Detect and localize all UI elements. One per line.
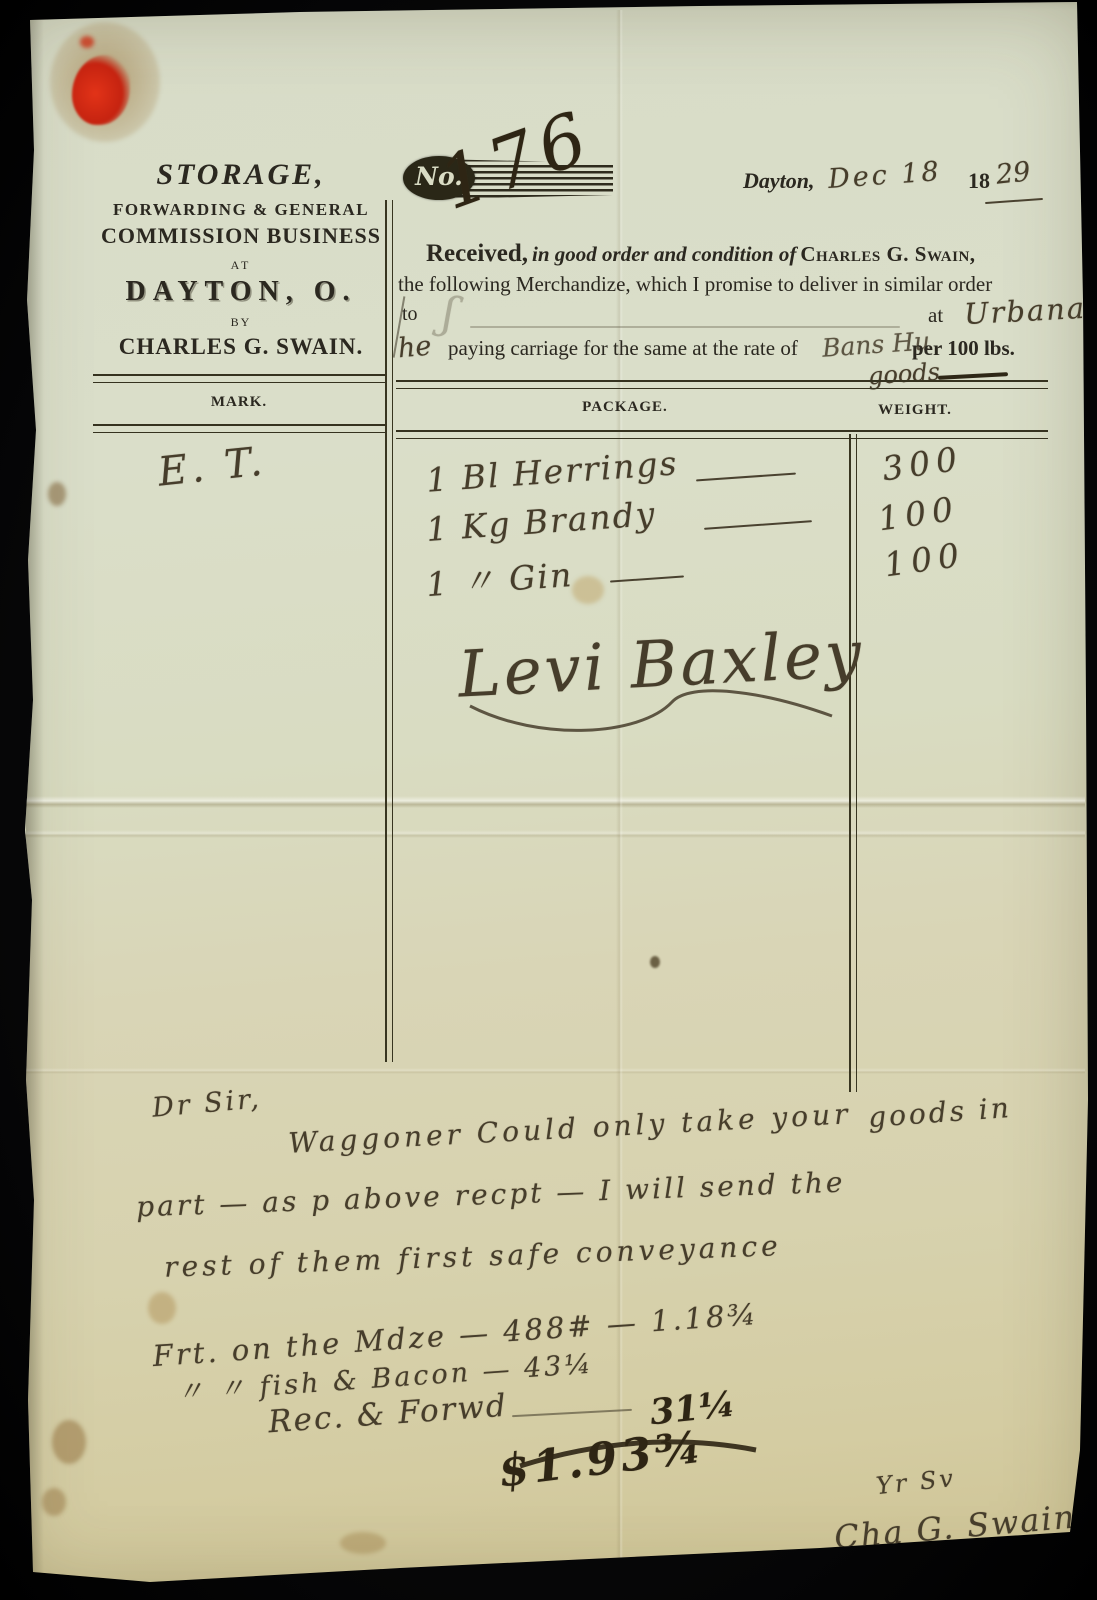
- received-word: Received,: [426, 240, 528, 267]
- dateline-underline: [985, 198, 1043, 204]
- letterhead-commission: COMMISSION BUSINESS: [95, 225, 387, 247]
- received-line1: in good order and condition of: [532, 242, 796, 266]
- foxing-spot-1: [572, 576, 604, 604]
- per-100lbs: per 100 lbs.: [912, 336, 1015, 361]
- received-line2: the following Merchandize, which I promi…: [398, 272, 1054, 297]
- note-total: $1.93¾: [496, 1422, 708, 1498]
- note-line3: rest of them first safe conveyance: [164, 1229, 783, 1284]
- note-closing: Yr Sv: [875, 1464, 957, 1500]
- wax-seal-dot: [80, 36, 94, 48]
- divider-package-weight: [849, 434, 857, 1092]
- note-line2: part — as p above recpt — I will send th…: [136, 1166, 846, 1224]
- dateline-place: Dayton,: [743, 168, 815, 194]
- letterhead-forwarding: FORWARDING & GENERAL: [95, 201, 387, 218]
- package-row-3: 1 〃 Gin: [425, 549, 575, 606]
- freight-line-3-dash: [512, 1409, 632, 1417]
- header-weight: WEIGHT.: [800, 402, 1030, 419]
- letterhead-storage: STORAGE,: [95, 160, 387, 190]
- left-edge-shadow: [26, 0, 44, 1600]
- corner-stain-1: [52, 1420, 86, 1464]
- weight-row-3: 100: [882, 535, 968, 585]
- mark-value: E. T.: [156, 438, 268, 495]
- header-mark: MARK.: [95, 394, 383, 411]
- edge-spot: [48, 482, 66, 506]
- package-row-1-dash: [696, 473, 796, 482]
- sender-signature: Cha G. Swain: [833, 1498, 1078, 1557]
- paper-sheet: STORAGE, FORWARDING & GENERAL COMMISSION…: [0, 0, 1097, 1600]
- fold-crease-lower: [25, 1068, 1085, 1074]
- at-label: at: [928, 303, 943, 328]
- rule-top-right: [396, 380, 1048, 389]
- package-row-2-dash: [704, 520, 812, 530]
- rule-bottom-left: [93, 424, 385, 433]
- destination-handwritten: Urbana: [963, 291, 1087, 331]
- consignor-name: Charles G. Swain,: [800, 242, 975, 266]
- corner-stain-2: [42, 1488, 66, 1516]
- dateline-day: Dec 18: [827, 156, 943, 195]
- photo-backdrop: STORAGE, FORWARDING & GENERAL COMMISSION…: [0, 0, 1097, 1600]
- receipt-paragraph: Received, in good order and condition of…: [398, 240, 1054, 297]
- bottom-stain: [340, 1532, 386, 1554]
- he-handwritten: he: [397, 331, 433, 365]
- header-package: PACKAGE.: [470, 399, 780, 416]
- note-line1: Waggoner Could only take your: [288, 1097, 853, 1159]
- note-salutation: Dr Sir,: [151, 1083, 263, 1123]
- weight-row-2: 100: [876, 489, 962, 539]
- rule-top-left: [93, 374, 385, 383]
- to-blank-line: [470, 326, 900, 328]
- note-line1-end: goods in: [867, 1091, 1013, 1134]
- letterhead-by: BY: [95, 316, 387, 328]
- letterhead-at: AT: [95, 259, 387, 271]
- carriage-line: paying carriage for the same at the rate…: [448, 336, 798, 361]
- dateline-year-printed: 18: [968, 168, 990, 194]
- dateline-year-written: 29: [994, 156, 1031, 190]
- rule-bottom-right: [396, 430, 1048, 439]
- to-label: to: [402, 303, 418, 326]
- goods-dash: [938, 372, 1008, 380]
- foxing-spot-2: [148, 1292, 176, 1324]
- fold-crease-secondary: [25, 830, 1085, 838]
- package-row-1: 1 Bl Herrings: [425, 443, 680, 500]
- letterhead-city: DAYTON, O.: [95, 278, 387, 306]
- number-handwritten: 176: [428, 94, 603, 226]
- letterhead-owner: CHARLES G. SWAIN.: [95, 335, 387, 358]
- receiver-signature: Levi Baxley: [456, 617, 865, 712]
- divider-mark-package: [385, 200, 393, 1062]
- fold-crease-main: [25, 796, 1085, 808]
- ink-spot: [650, 956, 660, 968]
- weight-row-1: 300: [880, 439, 966, 489]
- letterhead: STORAGE, FORWARDING & GENERAL COMMISSION…: [95, 160, 387, 358]
